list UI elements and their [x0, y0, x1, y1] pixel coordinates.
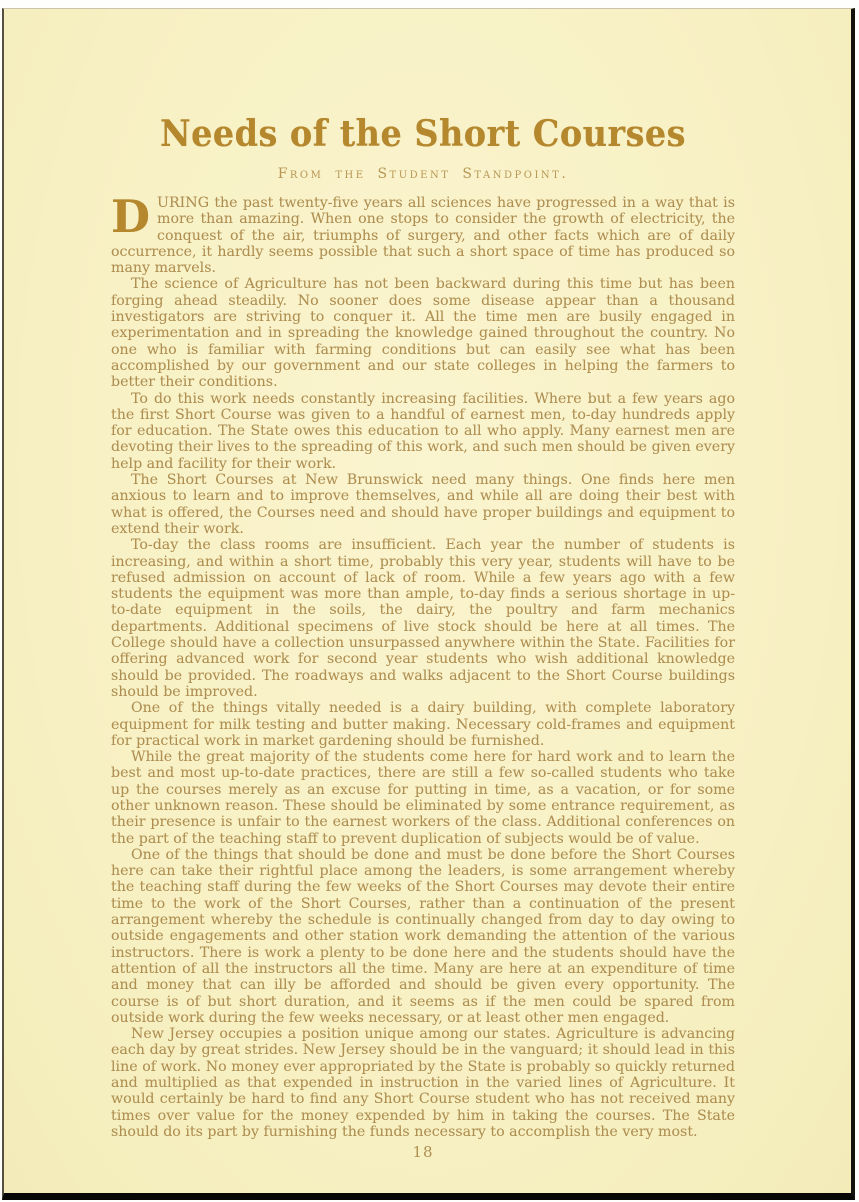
drop-cap: D	[111, 195, 157, 236]
paragraph-1: DURING the past twenty-five years all sc…	[111, 195, 735, 276]
page-title: Needs of the Short Courses	[133, 113, 713, 155]
paragraph-1-text: URING the past twenty-five years all sci…	[111, 195, 735, 276]
page-number: 18	[111, 1143, 735, 1161]
scanned-page: Needs of the Short Courses From the Stud…	[2, 8, 855, 1200]
paragraph-9: New Jersey occupies a position unique am…	[111, 1026, 735, 1140]
paragraph-4: The Short Courses at New Brunswick need …	[111, 472, 735, 537]
paragraph-7: While the great majority of the students…	[111, 749, 735, 847]
page-subtitle: From the Student Standpoint.	[111, 166, 735, 182]
paragraph-2: The science of Agriculture has not been …	[111, 276, 735, 390]
paragraph-8: One of the things that should be done an…	[111, 847, 735, 1026]
paragraph-6: One of the things vitally needed is a da…	[111, 700, 735, 749]
article-body: DURING the past twenty-five years all sc…	[111, 195, 735, 1140]
paragraph-5: To-day the class rooms are insufficient.…	[111, 537, 735, 700]
paragraph-3: To do this work needs constantly increas…	[111, 391, 735, 472]
article: Needs of the Short Courses From the Stud…	[111, 113, 735, 1161]
